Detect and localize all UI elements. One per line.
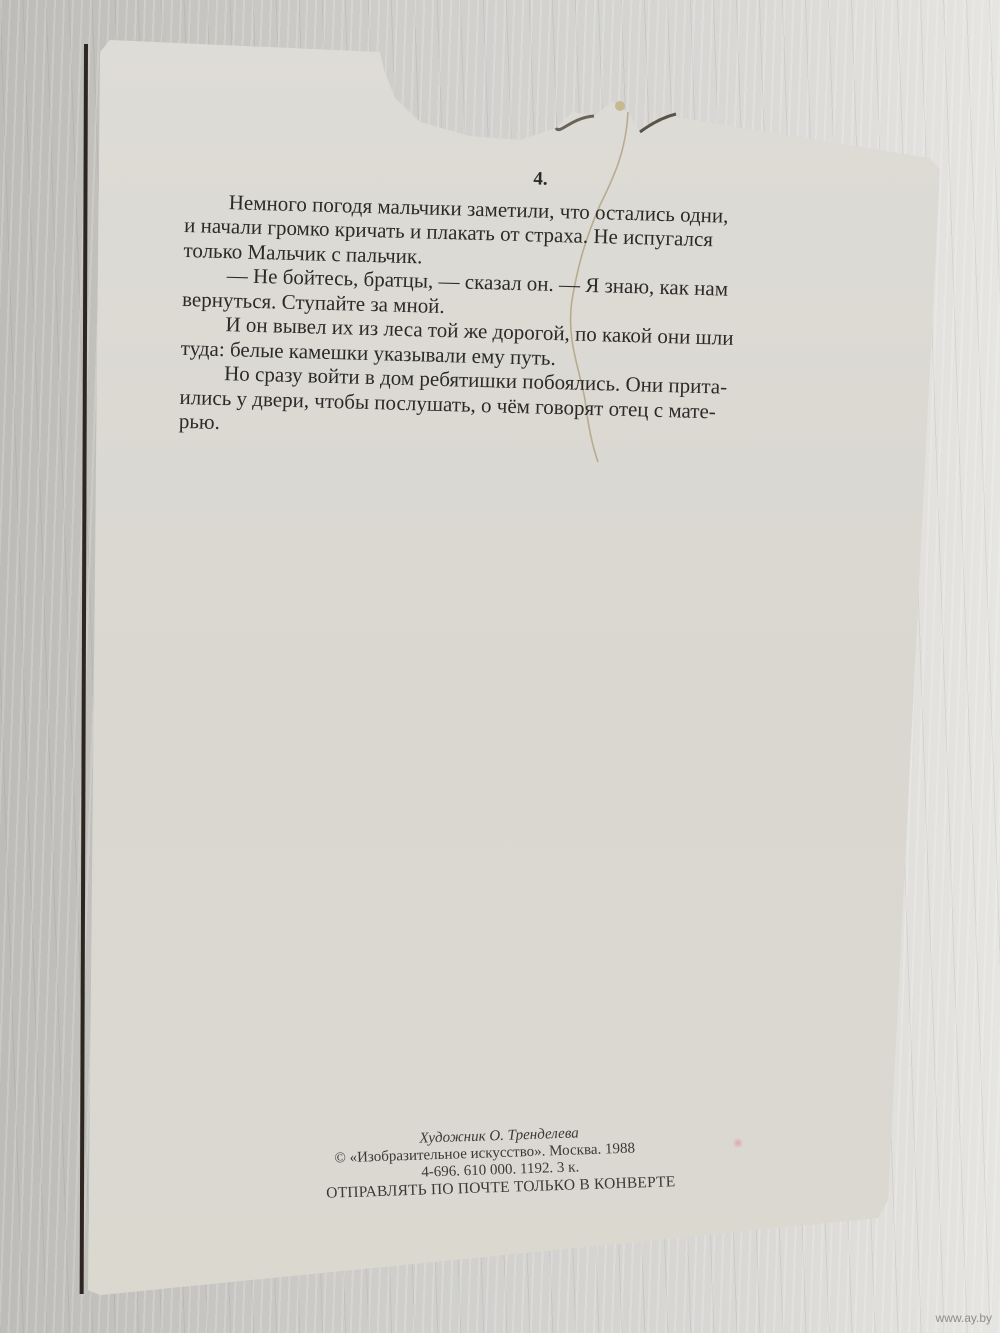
watermark: www.ay.by [936,1311,992,1325]
ink-spot [733,1137,743,1149]
story-text: 4. Немного погодя мальчики заметили, что… [179,158,856,452]
copyright-icon: © [334,1150,346,1166]
